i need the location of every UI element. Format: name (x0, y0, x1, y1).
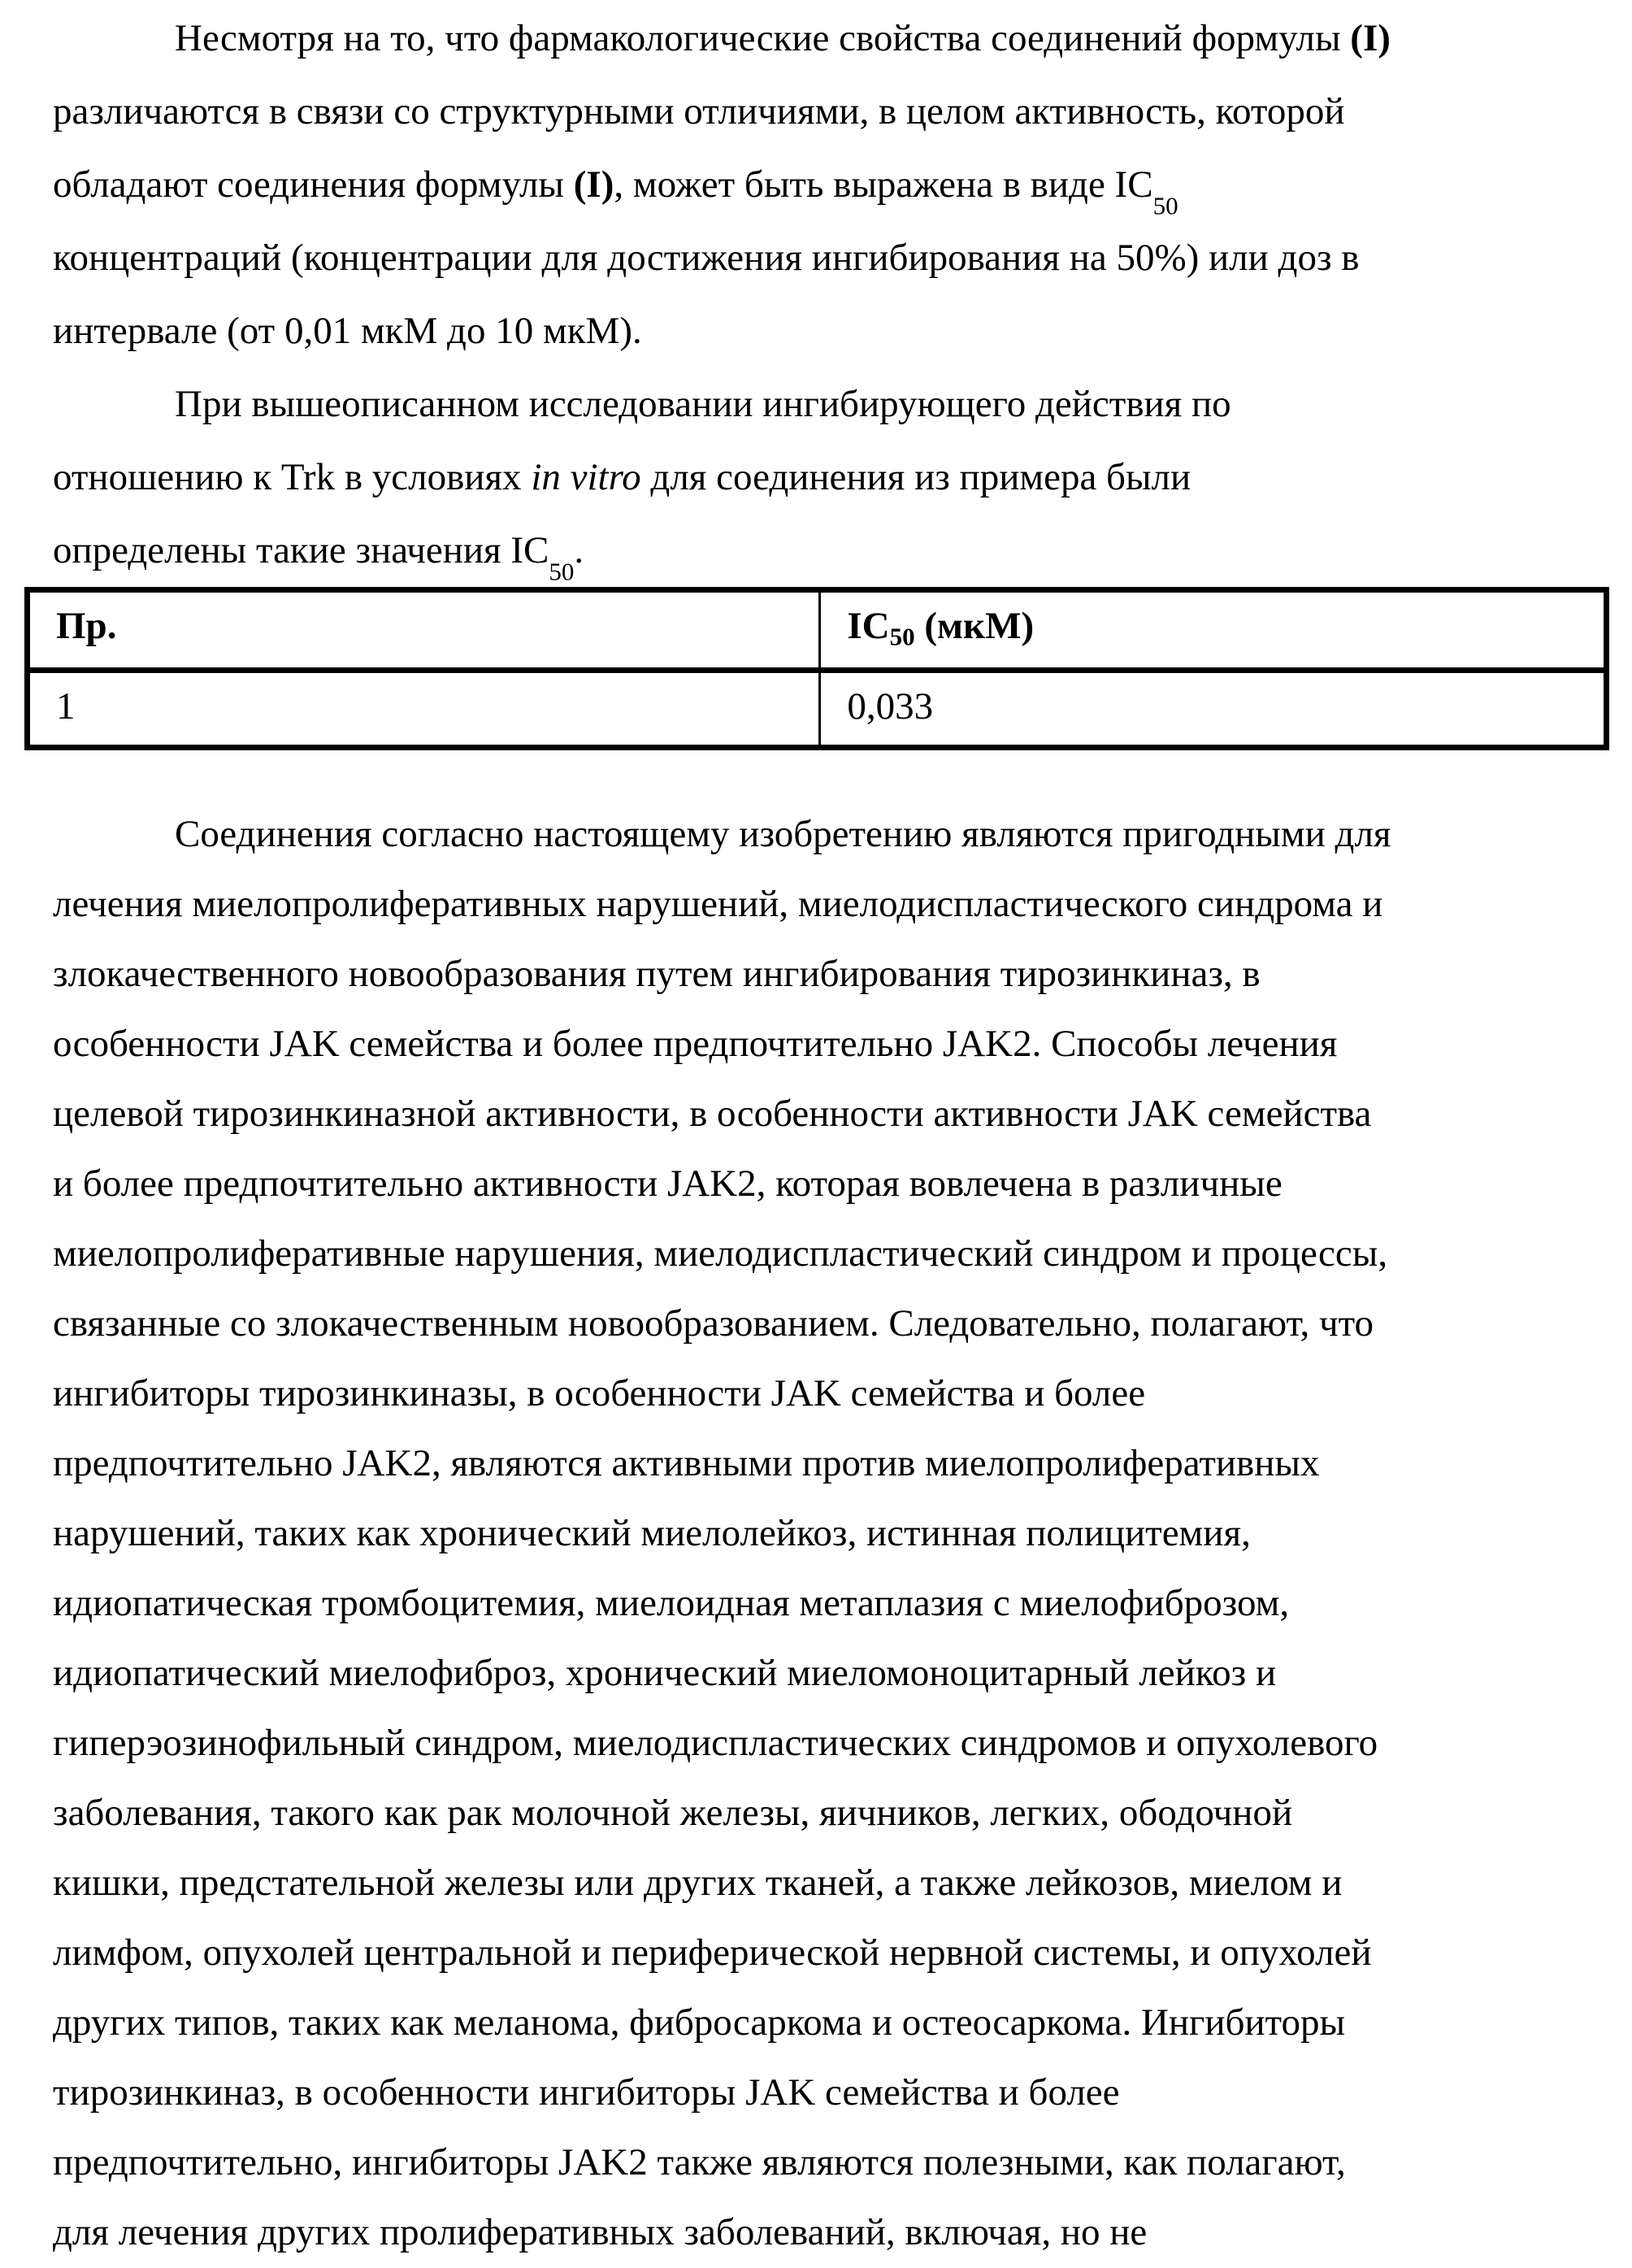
text-segment: лимфом, опухолей центральной и периферич… (53, 1931, 1372, 1974)
text-line: предпочтительно, ингибиторы JAK2 также я… (53, 2127, 1583, 2197)
text-line: идиопатический миелофиброз, хронический … (53, 1638, 1583, 1708)
ic50-table: Пр.IC50 (мкМ)10,033 (24, 587, 1609, 750)
table-body: 10,033 (28, 671, 1607, 748)
subscript-text: 50 (890, 623, 915, 651)
text-line: Соединения согласно настоящему изобретен… (53, 799, 1583, 869)
text-segment: 0,033 (847, 685, 933, 728)
text-segment: различаются в связи со структурными отли… (53, 90, 1345, 133)
text-segment: предпочтительно JAK2, являются активными… (53, 1442, 1319, 1484)
text-segment: связанные со злокачественным новообразов… (53, 1302, 1374, 1345)
text-segment: ингибиторы тирозинкиназы, в особенности … (53, 1372, 1145, 1414)
subscript-text: 50 (549, 558, 574, 586)
text-segment: тирозинкиназ, в особенности ингибиторы J… (53, 2071, 1120, 2114)
text-line: различаются в связи со структурными отли… (53, 75, 1583, 148)
text-segment: злокачественного новообразования путем и… (53, 953, 1261, 995)
text-line: тирозинкиназ, в особенности ингибиторы J… (53, 2057, 1583, 2127)
text-line: особенности JAK семейства и более предпо… (53, 1009, 1583, 1079)
text-line: предпочтительно JAK2, являются активными… (53, 1428, 1583, 1498)
text-segment: целевой тирозинкиназной активности, в ос… (53, 1093, 1371, 1135)
trk-assay-paragraph: При вышеописанном исследовании ингибирую… (53, 367, 1583, 587)
text-segment: (мкМ) (915, 605, 1035, 647)
text-line: заболевания, такого как рак молочной жел… (53, 1778, 1583, 1848)
text-line: концентраций (концентрации для достижени… (53, 221, 1583, 294)
text-segment: При вышеописанном исследовании ингибирую… (175, 383, 1231, 425)
text-segment: и более предпочтительно активности JAK2,… (53, 1162, 1283, 1205)
text-segment: Несмотря на то, что фармакологические св… (175, 17, 1350, 59)
text-segment: (I) (1350, 17, 1391, 59)
text-line: для лечения других пролиферативных забол… (53, 2197, 1583, 2267)
table-header-cell: Пр. (28, 590, 820, 671)
text-segment: интервале (от 0,01 мкМ до 10 мкМ). (53, 310, 642, 352)
text-segment: других типов, таких как меланома, фиброс… (53, 2001, 1345, 2044)
text-segment: (I) (574, 163, 614, 206)
text-segment: кишки, предстательной железы или других … (53, 1862, 1342, 1904)
text-line: миелопролиферативные нарушения, миелодис… (53, 1219, 1583, 1288)
table-header-row: Пр.IC50 (мкМ) (28, 590, 1607, 671)
document-content: Несмотря на то, что фармакологические св… (0, 2, 1632, 2267)
text-line: определены такие значения IC50. (53, 514, 1583, 587)
text-line: идиопатическая тромбоцитемия, миелоидная… (53, 1568, 1583, 1638)
text-line: и более предпочтительно активности JAK2,… (53, 1149, 1583, 1219)
text-line: При вышеописанном исследовании ингибирую… (53, 367, 1583, 441)
text-segment: Пр. (56, 605, 116, 647)
text-line: других типов, таких как меланома, фиброс… (53, 1988, 1583, 2057)
text-line: отношению к Trk в условиях in vitro для … (53, 441, 1583, 514)
text-line: гиперэозинофильный синдром, миелодисплас… (53, 1708, 1583, 1778)
text-segment: отношению к Trk в условиях (53, 456, 531, 498)
text-segment: IC (847, 605, 889, 647)
text-segment: миелопролиферативные нарушения, миелодис… (53, 1232, 1387, 1275)
table-row: 10,033 (28, 671, 1607, 748)
text-segment: обладают соединения формулы (53, 163, 574, 206)
text-segment: для лечения других пролиферативных забол… (53, 2211, 1147, 2253)
text-segment: заболевания, такого как рак молочной жел… (53, 1792, 1292, 1834)
text-line: Несмотря на то, что фармакологические св… (53, 2, 1583, 75)
text-segment: 1 (56, 685, 76, 728)
intro-paragraph: Несмотря на то, что фармакологические св… (53, 2, 1583, 367)
text-segment: предпочтительно, ингибиторы JAK2 также я… (53, 2141, 1346, 2183)
text-line: связанные со злокачественным новообразов… (53, 1288, 1583, 1358)
text-segment: идиопатический миелофиброз, хронический … (53, 1652, 1276, 1694)
document-page: Несмотря на то, что фармакологические св… (0, 0, 1632, 2268)
text-segment: концентраций (концентрации для достижени… (53, 237, 1359, 279)
text-segment: гиперэозинофильный синдром, миелодисплас… (53, 1722, 1378, 1764)
text-line: кишки, предстательной железы или других … (53, 1848, 1583, 1918)
text-segment: Соединения согласно настоящему изобретен… (175, 813, 1391, 855)
treatment-paragraph: Соединения согласно настоящему изобретен… (53, 799, 1583, 2267)
text-segment: особенности JAK семейства и более предпо… (53, 1023, 1337, 1065)
text-segment: . (574, 529, 584, 571)
table-head: Пр.IC50 (мкМ) (28, 590, 1607, 671)
table-cell: 0,033 (820, 671, 1607, 748)
text-segment: определены такие значения IC (53, 529, 549, 571)
text-segment: лечения миелопролиферативных нарушений, … (53, 883, 1382, 925)
text-line: целевой тирозинкиназной активности, в ос… (53, 1079, 1583, 1149)
text-segment: нарушений, таких как хронический миелоле… (53, 1512, 1251, 1554)
text-line: обладают соединения формулы (I), может б… (53, 148, 1583, 221)
table-cell: 1 (28, 671, 820, 748)
text-segment: идиопатическая тромбоцитемия, миелоидная… (53, 1582, 1289, 1624)
text-line: злокачественного новообразования путем и… (53, 939, 1583, 1009)
text-line: лимфом, опухолей центральной и периферич… (53, 1918, 1583, 1988)
text-segment: для соединения из примера были (641, 456, 1191, 498)
text-segment: in vitro (531, 456, 640, 498)
text-line: ингибиторы тирозинкиназы, в особенности … (53, 1358, 1583, 1428)
subscript-text: 50 (1153, 192, 1178, 220)
text-segment: , может быть выражена в виде IC (614, 163, 1152, 206)
text-line: нарушений, таких как хронический миелоле… (53, 1498, 1583, 1568)
text-line: лечения миелопролиферативных нарушений, … (53, 869, 1583, 939)
table-header-cell: IC50 (мкМ) (820, 590, 1607, 671)
text-line: интервале (от 0,01 мкМ до 10 мкМ). (53, 294, 1583, 367)
